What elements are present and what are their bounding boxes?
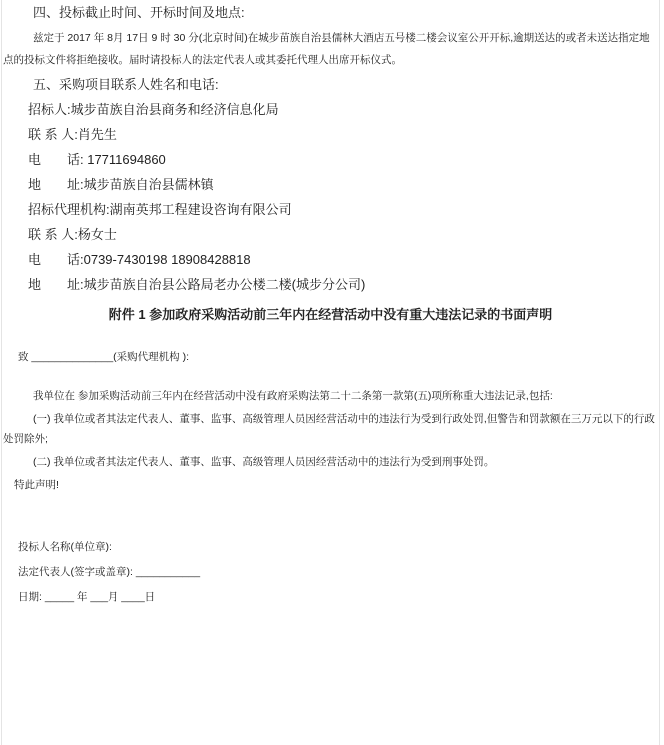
declaration-closing: 特此声明!: [3, 475, 658, 495]
bid-opening-paragraph: 兹定于 2017 年 8月 17日 9 时 30 分(北京时间)在城步苗族自治县…: [3, 27, 658, 71]
contact-person-line-1: 联 系 人:肖先生: [3, 124, 658, 146]
legal-representative-line: 法定代表人(签字或盖章): ___________: [3, 562, 658, 582]
salutation-line: 致 ______________(采购代理机构 ):: [3, 347, 658, 367]
section-five-heading: 五、采购项目联系人姓名和电话:: [3, 74, 658, 96]
attachment-title: 附件 1 参加政府采购活动前三年内在经营活动中没有重大违法记录的书面声明: [3, 304, 658, 326]
document-body: 四、投标截止时间、开标时间及地点: 兹定于 2017 年 8月 17日 9 时 …: [0, 0, 664, 607]
contact-person-line-2: 联 系 人:杨女士: [3, 224, 658, 246]
section-four-heading: 四、投标截止时间、开标时间及地点:: [3, 2, 658, 24]
clause-one: (一) 我单位或者其法定代表人、董事、监事、高级管理人员因经营活动中的违法行为受…: [3, 409, 658, 449]
agency-line: 招标代理机构:湖南英邦工程建设咨询有限公司: [3, 199, 658, 221]
phone-line-2: 电 话:0739-7430198 18908428818: [3, 249, 658, 271]
address-line-2: 地 址:城步苗族自治县公路局老办公楼二楼(城步分公司): [3, 274, 658, 296]
document-page: { "page": { "background": "#ffffff", "te…: [0, 0, 664, 745]
tenderer-line: 招标人:城步苗族自治县商务和经济信息化局: [3, 99, 658, 121]
phone-line-1: 电 话: 17711694860: [3, 149, 658, 171]
clause-two: (二) 我单位或者其法定代表人、董事、监事、高级管理人员因经营活动中的违法行为受…: [3, 452, 658, 472]
bidder-name-line: 投标人名称(单位章):: [3, 537, 658, 557]
date-line: 日期: _____ 年 ___月 ____日: [3, 587, 658, 607]
address-line-1: 地 址:城步苗族自治县儒林镇: [3, 174, 658, 196]
declaration-intro: 我单位在 参加采购活动前三年内在经营活动中没有政府采购法第二十二条第一款第(五)…: [3, 386, 658, 406]
